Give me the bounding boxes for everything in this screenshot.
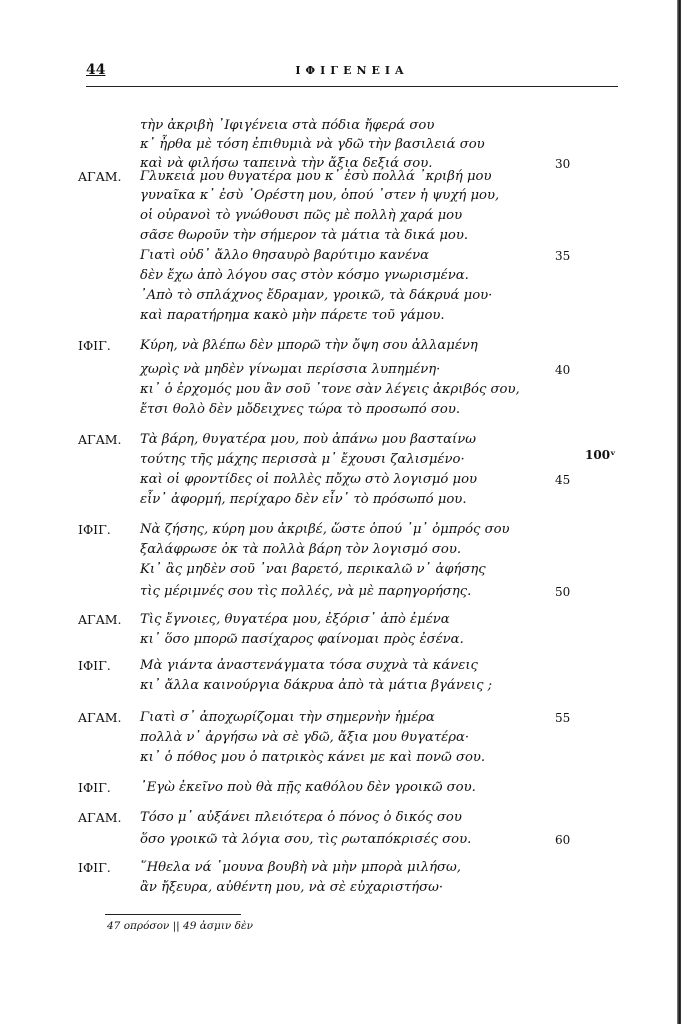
verse-line: γυναῖκα κ᾿ ἐσὺ ᾿Ορέστη μου, ὁπού ᾿στεν ἡ… xyxy=(140,187,499,205)
verse-line: πολλὰ ν᾿ ἀργήσω νὰ σὲ γδῶ, ἄξια μου θυγα… xyxy=(140,729,469,747)
line-number: 45 xyxy=(555,471,570,489)
verse-line: Γιατὶ οὐδ᾿ ἄλλο θησαυρὸ βαρύτιμο κανένα xyxy=(140,247,429,265)
margin-folio-note: 100ᵛ xyxy=(585,448,616,462)
speaker-label: ΑΓΑΜ. xyxy=(78,709,122,727)
verse-line: ᾿Απὸ τὸ σπλάχνος ἔδραμαν, γροικῶ, τὰ δάκ… xyxy=(140,287,492,305)
verse-line: οἱ οὐρανοὶ τὸ γνώθουσι πῶς μὲ πολλὴ χαρά… xyxy=(140,207,462,225)
speaker-label: ΑΓΑΜ. xyxy=(78,611,122,629)
speaker-label: ΙΦΙΓ. xyxy=(78,779,111,797)
speaker-label: ΙΦΙΓ. xyxy=(78,337,111,355)
verse-line: σᾶσε θωροῦν τὴν σήμερον τὰ μάτια τὰ δικά… xyxy=(140,227,468,245)
verse-line: Νὰ ζήσης, κύρη μου ἀκριβέ, ὥστε ὁπού ᾿μ᾿… xyxy=(140,521,510,539)
footnote-rule xyxy=(105,914,241,915)
speaker-label: ΑΓΑΜ. xyxy=(78,809,122,827)
verse-line: καὶ παρατήρημα κακὸ μὴν πάρετε τοῦ γάμου… xyxy=(140,307,445,325)
verse-line: κ᾿ ἦρθα μὲ τόση ἐπιθυμιὰ νὰ γδῶ τὴν βασι… xyxy=(140,136,485,154)
verse-line: Κύρη, νὰ βλέπω δὲν μπορῶ τὴν ὄψη σου ἀλλ… xyxy=(140,337,478,355)
speaker-label: ΑΓΑΜ. xyxy=(78,168,122,186)
line-number: 40 xyxy=(555,361,570,379)
speaker-label: ΙΦΙΓ. xyxy=(78,859,111,877)
verse-line: τὶς μέριμνές σου τὶς πολλές, νὰ μὲ παρηγ… xyxy=(140,583,471,601)
verse-line: ἂν ἤξευρα, αὐθέντη μου, νὰ σὲ εὐχαριστήσ… xyxy=(140,879,443,897)
page-header: 44 ΙΦΙΓΕΝΕΙΑ xyxy=(86,60,618,87)
verse-line: εἶν᾿ ἀφορμή, περίχαρο δὲν εἶν᾿ τὸ πρόσωπ… xyxy=(140,491,467,509)
verse-line: Τόσο μ᾿ αὐξάνει πλειότερα ὁ πόνος ὁ δικό… xyxy=(140,809,462,827)
verse-line: Μὰ γιάντα ἀναστενάγματα τόσα συχνὰ τὰ κά… xyxy=(140,657,478,675)
verse-line: δὲν ἔχω ἀπὸ λόγου σας στὸν κόσμο γνωρισμ… xyxy=(140,267,469,285)
verse-line: τὴν ἀκριβὴ ᾿Ιφιγένεια στὰ πόδια ἤφερά σο… xyxy=(140,117,434,135)
page-edge-shadow xyxy=(677,0,681,1024)
verse-line: Τὶς ἔγνοιες, θυγατέρα μου, ἐξόρισ᾿ ἀπὸ ἐ… xyxy=(140,611,450,629)
verse-line: καὶ οἱ φροντίδες οἱ πολλὲς πὄχω στὸ λογι… xyxy=(140,471,477,489)
verse-line: Τὰ βάρη, θυγατέρα μου, ποὺ ἀπάνω μου βασ… xyxy=(140,431,476,449)
verse-line: κι᾿ ὁ πόθος μου ὁ πατρικὸς κάνει με καὶ … xyxy=(140,749,485,767)
verse-line: ξαλάφρωσε ὀκ τὰ πολλὰ βάρη τὸν λογισμό σ… xyxy=(140,541,461,559)
line-number: 30 xyxy=(555,155,570,173)
verse-line: Γλυκειά μου θυγατέρα μου κ᾿ ἐσὺ πολλά ᾿κ… xyxy=(140,168,491,186)
line-number: 55 xyxy=(555,709,570,727)
verse-line: Κι᾿ ἂς μηδὲν σοῦ ᾿ναι βαρετό, περικαλῶ ν… xyxy=(140,561,486,579)
speaker-label: ΙΦΙΓ. xyxy=(78,521,111,539)
verse-line: ὅσο γροικῶ τὰ λόγια σου, τὶς ρωταπόκρισέ… xyxy=(140,831,471,849)
footnote: 47 οπρόσον || 49 ἀσμιν δὲν xyxy=(107,920,253,932)
verse-line: Γιατὶ σ᾿ ἀποχωρίζομαι τὴν σημερνὴν ἡμέρα xyxy=(140,709,435,727)
verse-line: ῞Ηθελα νά ᾿μουνα βουβὴ νὰ μὴν μπορὰ μιλή… xyxy=(140,859,461,877)
speaker-label: ΙΦΙΓ. xyxy=(78,657,111,675)
line-number: 50 xyxy=(555,583,570,601)
line-number: 35 xyxy=(555,247,570,265)
speaker-label: ΑΓΑΜ. xyxy=(78,431,122,449)
verse-line: κι᾿ ἄλλα καινούργια δάκρυα ἀπὸ τὰ μάτια … xyxy=(140,677,492,695)
verse-line: ᾿Εγὼ ἐκεῖνο ποὺ θὰ πῇς καθόλου δὲν γροικ… xyxy=(140,779,476,797)
verse-line: κι᾿ ὁ ἐρχομός μου ἂν σοῦ ᾿τονε σὰν λέγει… xyxy=(140,381,520,399)
verse-line: τούτης τῆς μάχης περισσὰ μ᾿ ἔχουσι ζαλισ… xyxy=(140,451,465,469)
verse-line: ἔτσι θολὸ δὲν μὄδειχνες τώρα τὸ προσωπό … xyxy=(140,401,460,419)
line-number: 60 xyxy=(555,831,570,849)
verse-line: κι᾿ ὅσο μπορῶ πασίχαρος φαίνομαι πρὸς ἐσ… xyxy=(140,631,464,649)
verse-line: χωρὶς νὰ μηδὲν γίνωμαι περίσσια λυπημένη… xyxy=(140,361,440,379)
running-title: ΙΦΙΓΕΝΕΙΑ xyxy=(86,64,618,77)
